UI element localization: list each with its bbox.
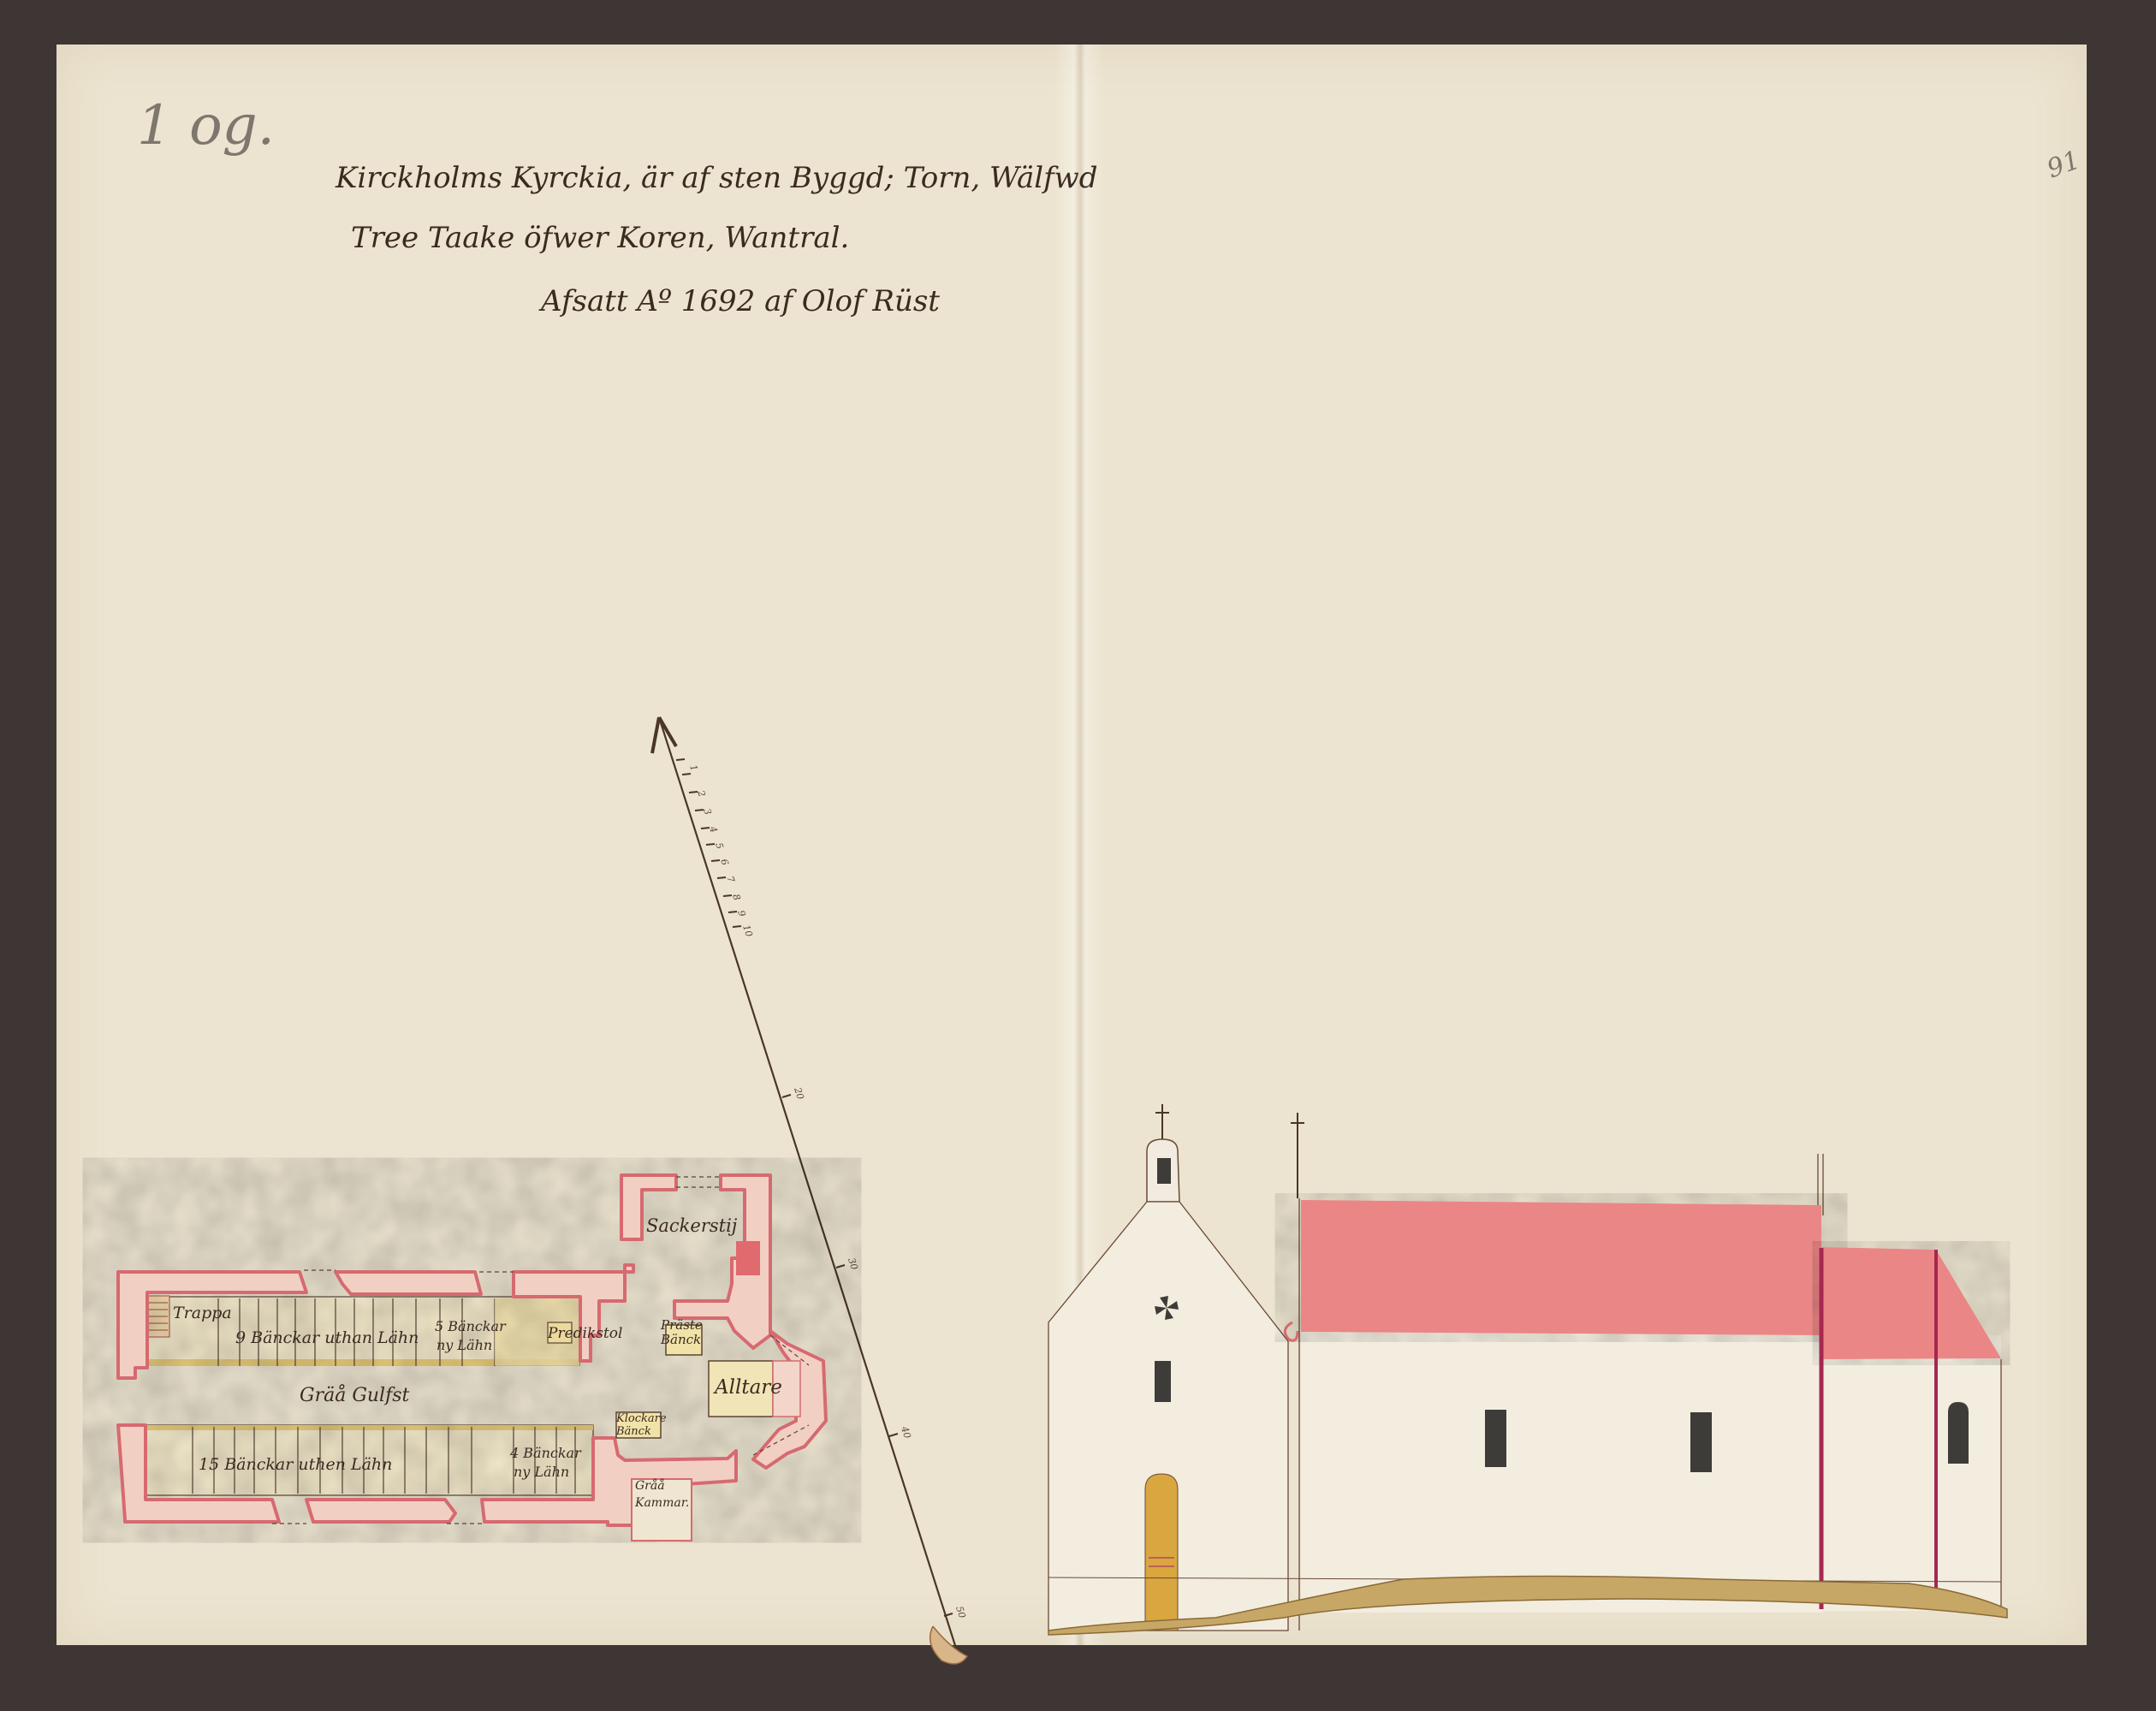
label-chamber: Gråå <box>635 1479 665 1493</box>
label-pulpit: Predikstol <box>548 1325 622 1342</box>
svg-text:40: 40 <box>899 1424 913 1440</box>
svg-text:8: 8 <box>730 893 743 902</box>
label-font-bench: Präste Bänck <box>661 1318 712 1347</box>
scale-labels: 1 2 3 4 5 6 7 8 9 10 20 30 40 50 <box>687 763 968 1619</box>
svg-text:4: 4 <box>707 824 720 835</box>
svg-text:10: 10 <box>740 924 755 938</box>
svg-text:5: 5 <box>713 841 726 851</box>
svg-text:50: 50 <box>953 1605 968 1619</box>
nave-roof <box>1301 1200 1821 1335</box>
chancel-window <box>1948 1402 1969 1464</box>
svg-text:3: 3 <box>701 807 714 817</box>
svg-text:2: 2 <box>695 788 708 799</box>
svg-text:30: 30 <box>846 1257 860 1271</box>
label-south-benches: 15 Bänckar uthen Lähn <box>199 1455 392 1474</box>
label-north-benches: 9 Bänckar uthan Lähn <box>235 1328 419 1347</box>
svg-text:9: 9 <box>735 909 748 918</box>
svg-text:7: 7 <box>724 875 737 884</box>
hearth <box>736 1241 760 1275</box>
nave-window-1 <box>1485 1410 1506 1467</box>
label-altar: Alltare <box>715 1376 782 1399</box>
svg-text:20: 20 <box>792 1085 806 1101</box>
label-aisle: Gräå Gulfst <box>300 1385 409 1406</box>
scale-bar <box>652 717 967 1664</box>
label-stair: Trappa <box>173 1304 232 1322</box>
label-clerk-bench: Klockare Bänck <box>616 1412 664 1438</box>
svg-text:1: 1 <box>687 763 700 773</box>
nave-window-2 <box>1690 1412 1712 1472</box>
svg-text:6: 6 <box>718 858 731 867</box>
chancel-roof <box>1821 1247 2001 1359</box>
label-north-benches-2: 5 Bänckar <box>435 1318 506 1334</box>
church-elevation <box>1048 1104 2007 1635</box>
label-chamber-2: Kammar. <box>635 1496 689 1510</box>
label-south-benches-2b: ny Lähn <box>514 1464 569 1480</box>
label-south-benches-2: 4 Bänckar <box>510 1445 581 1461</box>
label-sacristy: Sackerstij <box>646 1215 737 1236</box>
label-north-benches-2b: ny Lähn <box>437 1337 492 1353</box>
